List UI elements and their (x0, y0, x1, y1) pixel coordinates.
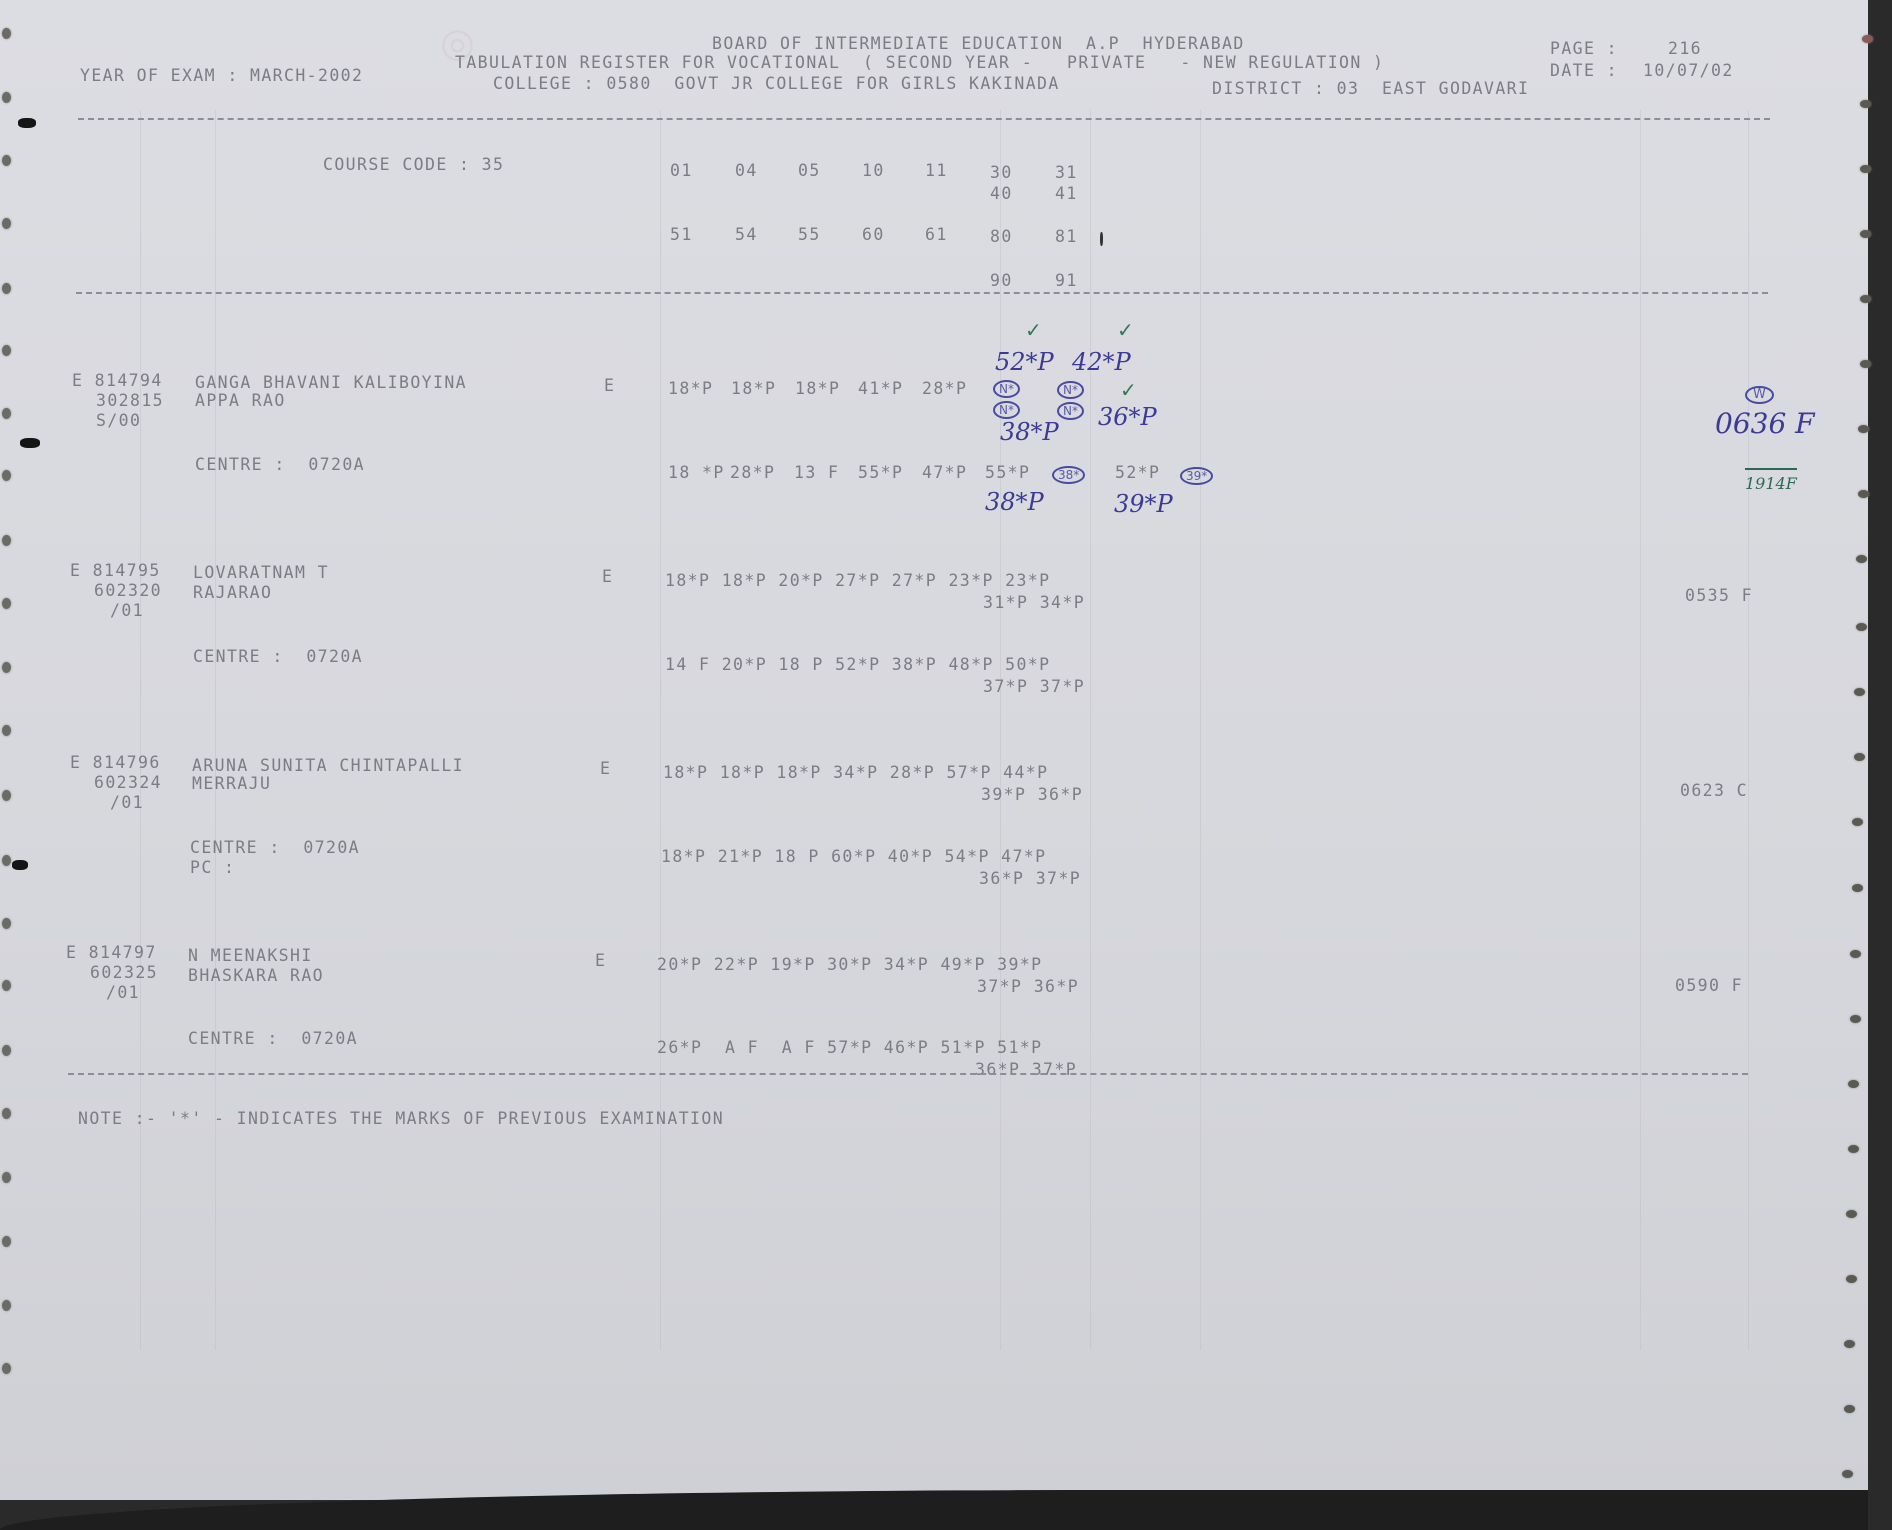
punch-hole (2, 855, 11, 866)
mark: 55*P (985, 462, 1030, 483)
marks-row: 37*P 37*P (983, 676, 1085, 697)
punch-hole (2, 918, 11, 929)
circled-mark: 38* (1052, 466, 1085, 484)
marks-row: 18*P 18*P 20*P 27*P 27*P 23*P 23*P (665, 570, 1050, 591)
punch-hole (2, 408, 11, 419)
total-marks: 0636 F (1715, 412, 1815, 436)
punch-hole (1860, 295, 1871, 303)
student-name: N MEENAKSHI (188, 945, 313, 966)
punch-hole (1860, 230, 1871, 238)
total-marks: 0623 C (1680, 780, 1748, 801)
ink-blot (18, 118, 36, 128)
column-line (215, 110, 216, 1350)
father-name: BHASKARA RAO (188, 965, 324, 986)
column-line (1000, 110, 1001, 1350)
punch-hole (2, 725, 11, 736)
marks-row: 14 F 20*P 18 P 52*P 38*P 48*P 50*P (665, 654, 1050, 675)
column-line (1640, 110, 1641, 1350)
pc-label: PC : (190, 857, 235, 878)
status-code: /01 (110, 600, 144, 621)
status-code: /01 (106, 982, 140, 1003)
mark: 47*P (922, 462, 967, 483)
mark: 41*P (858, 378, 903, 399)
punch-hole (2, 1236, 11, 1247)
handwritten-mark: 38*P (985, 490, 1044, 514)
punch-hole (1862, 35, 1873, 43)
status-code: /01 (110, 792, 144, 813)
tick-mark-icon: ✓ (1025, 318, 1042, 342)
circled-mark: N* (1057, 402, 1084, 420)
mark: 28*P (730, 462, 775, 483)
circled-mark: 39* (1180, 467, 1213, 485)
roll-number: E 814794 (72, 370, 163, 391)
column-line (1090, 110, 1091, 1350)
college-line: COLLEGE : 0580 GOVT JR COLLEGE FOR GIRLS… (493, 73, 1060, 94)
roll-number: E 814796 (70, 752, 161, 773)
reg-number: 602325 (90, 962, 158, 983)
mark: 18*P (795, 378, 840, 399)
date-value: 10/07/02 (1643, 60, 1734, 81)
marks-row: 31*P 34*P (983, 592, 1085, 613)
punch-hole (1844, 1405, 1855, 1413)
medium: E (602, 566, 613, 587)
circled-mark: N* (1057, 381, 1084, 399)
punch-hole (1856, 623, 1867, 631)
mark: 13 F (794, 462, 839, 483)
centre: CENTRE : 0720A (195, 454, 365, 475)
pen-mark (1100, 232, 1103, 246)
roll-number: E 814795 (70, 560, 161, 581)
mark: 52*P (1115, 462, 1160, 483)
course-code: COURSE CODE : 35 (323, 154, 504, 175)
mark: 55*P (858, 462, 903, 483)
marks-row: 26*P A F A F 57*P 46*P 51*P 51*P (657, 1037, 1042, 1058)
marks-row: 18*P 21*P 18 P 60*P 40*P 54*P 47*P (661, 846, 1046, 867)
divider (76, 292, 1768, 294)
punch-hole (1850, 950, 1861, 958)
punch-hole (2, 1300, 11, 1311)
circled-mark: N* (993, 401, 1020, 419)
punch-hole (1848, 1145, 1859, 1153)
punch-hole (1854, 688, 1865, 696)
punch-hole (1852, 818, 1863, 826)
punch-hole (2, 155, 11, 166)
divider (78, 118, 1770, 120)
punch-hole (2, 980, 11, 991)
punch-hole (1856, 555, 1867, 563)
marks-row: 36*P 37*P (975, 1059, 1077, 1080)
mark: 18*P (668, 378, 713, 399)
ink-blot (20, 438, 40, 448)
handwritten-mark: 52*P (995, 350, 1054, 374)
punch-hole (2, 790, 11, 801)
punch-hole (2, 283, 11, 294)
register-page: ◎ YEAR OF EXAM : MARCH-2002 BOARD OF INT… (0, 0, 1868, 1500)
mark: 18*P (731, 378, 776, 399)
centre: CENTRE : 0720A (190, 837, 360, 858)
punch-hole (1860, 100, 1871, 108)
punch-hole (1846, 1210, 1857, 1218)
punch-hole (2, 662, 11, 673)
handwritten-mark: 36*P (1098, 405, 1157, 429)
punch-hole (2, 598, 11, 609)
punch-hole (2, 1172, 11, 1183)
handwritten-mark: 39*P (1114, 492, 1173, 516)
punch-hole (1860, 360, 1871, 368)
punch-hole (1858, 490, 1869, 498)
father-name: RAJARAO (193, 582, 272, 603)
column-line (1748, 110, 1749, 1350)
footer-note: NOTE :- '*' - INDICATES THE MARKS OF PRE… (78, 1108, 724, 1129)
father-name: MERRAJU (192, 773, 271, 794)
punch-hole (1852, 884, 1863, 892)
punch-hole (2, 218, 11, 229)
handwritten-mark: 38*P (1000, 420, 1059, 444)
medium: E (600, 758, 611, 779)
punch-hole (2, 470, 11, 481)
punch-hole (2, 1108, 11, 1119)
district-line: DISTRICT : 03 EAST GODAVARI (1212, 78, 1529, 99)
punch-hole (1858, 425, 1869, 433)
medium: E (604, 375, 615, 396)
circled-mark: N* (993, 380, 1020, 398)
page-label: PAGE : (1550, 38, 1618, 59)
punch-hole (2, 1363, 11, 1374)
column-line (140, 110, 141, 1350)
punch-hole (2, 345, 11, 356)
reg-number: 602320 (94, 580, 162, 601)
centre: CENTRE : 0720A (188, 1028, 358, 1049)
father-name: APPA RAO (195, 390, 286, 411)
handwritten-note: 1914F (1745, 468, 1797, 496)
marks-row: 36*P 37*P (979, 868, 1081, 889)
total-marks: 0590 F (1675, 975, 1743, 996)
marks-row: 37*P 36*P (977, 976, 1079, 997)
date-label: DATE : (1550, 60, 1618, 81)
board-title: BOARD OF INTERMEDIATE EDUCATION A.P HYDE… (712, 33, 1245, 54)
reg-number: 602324 (94, 772, 162, 793)
punch-hole (2, 535, 11, 546)
ink-blot (12, 860, 28, 870)
mark: 18 *P (668, 462, 725, 483)
status-code: S/00 (96, 410, 141, 431)
punch-hole (1850, 1015, 1861, 1023)
tick-mark-icon: ✓ (1120, 378, 1137, 402)
register-title: TABULATION REGISTER FOR VOCATIONAL ( SEC… (455, 52, 1384, 73)
marks-row: 39*P 36*P (981, 784, 1083, 805)
roll-number: E 814797 (66, 942, 157, 963)
tick-mark-icon: ✓ (1117, 318, 1134, 342)
punch-hole (1844, 1340, 1855, 1348)
column-line (1200, 110, 1201, 1350)
page-number: 216 (1668, 38, 1702, 59)
handwritten-mark: 42*P (1072, 350, 1131, 374)
divider (68, 1073, 1748, 1075)
punch-hole (1860, 165, 1871, 173)
punch-hole (1842, 1470, 1853, 1478)
punch-hole (2, 1045, 11, 1056)
marks-row: 20*P 22*P 19*P 30*P 34*P 49*P 39*P (657, 954, 1042, 975)
reg-number: 302815 (96, 390, 164, 411)
punch-hole (2, 92, 11, 103)
year-of-exam: YEAR OF EXAM : MARCH-2002 (80, 65, 363, 86)
centre: CENTRE : 0720A (193, 646, 363, 667)
total-marks: 0535 F (1685, 585, 1753, 606)
marks-row: 18*P 18*P 18*P 34*P 28*P 57*P 44*P (663, 762, 1048, 783)
mark: 28*P (922, 378, 967, 399)
withheld-circle: W (1745, 386, 1774, 404)
punch-hole (1846, 1275, 1857, 1283)
punch-hole (1854, 753, 1865, 761)
punch-hole (1848, 1080, 1859, 1088)
medium: E (595, 950, 606, 971)
column-line (660, 110, 661, 1350)
punch-hole (2, 28, 11, 39)
student-name: LOVARATNAM T (193, 562, 329, 583)
